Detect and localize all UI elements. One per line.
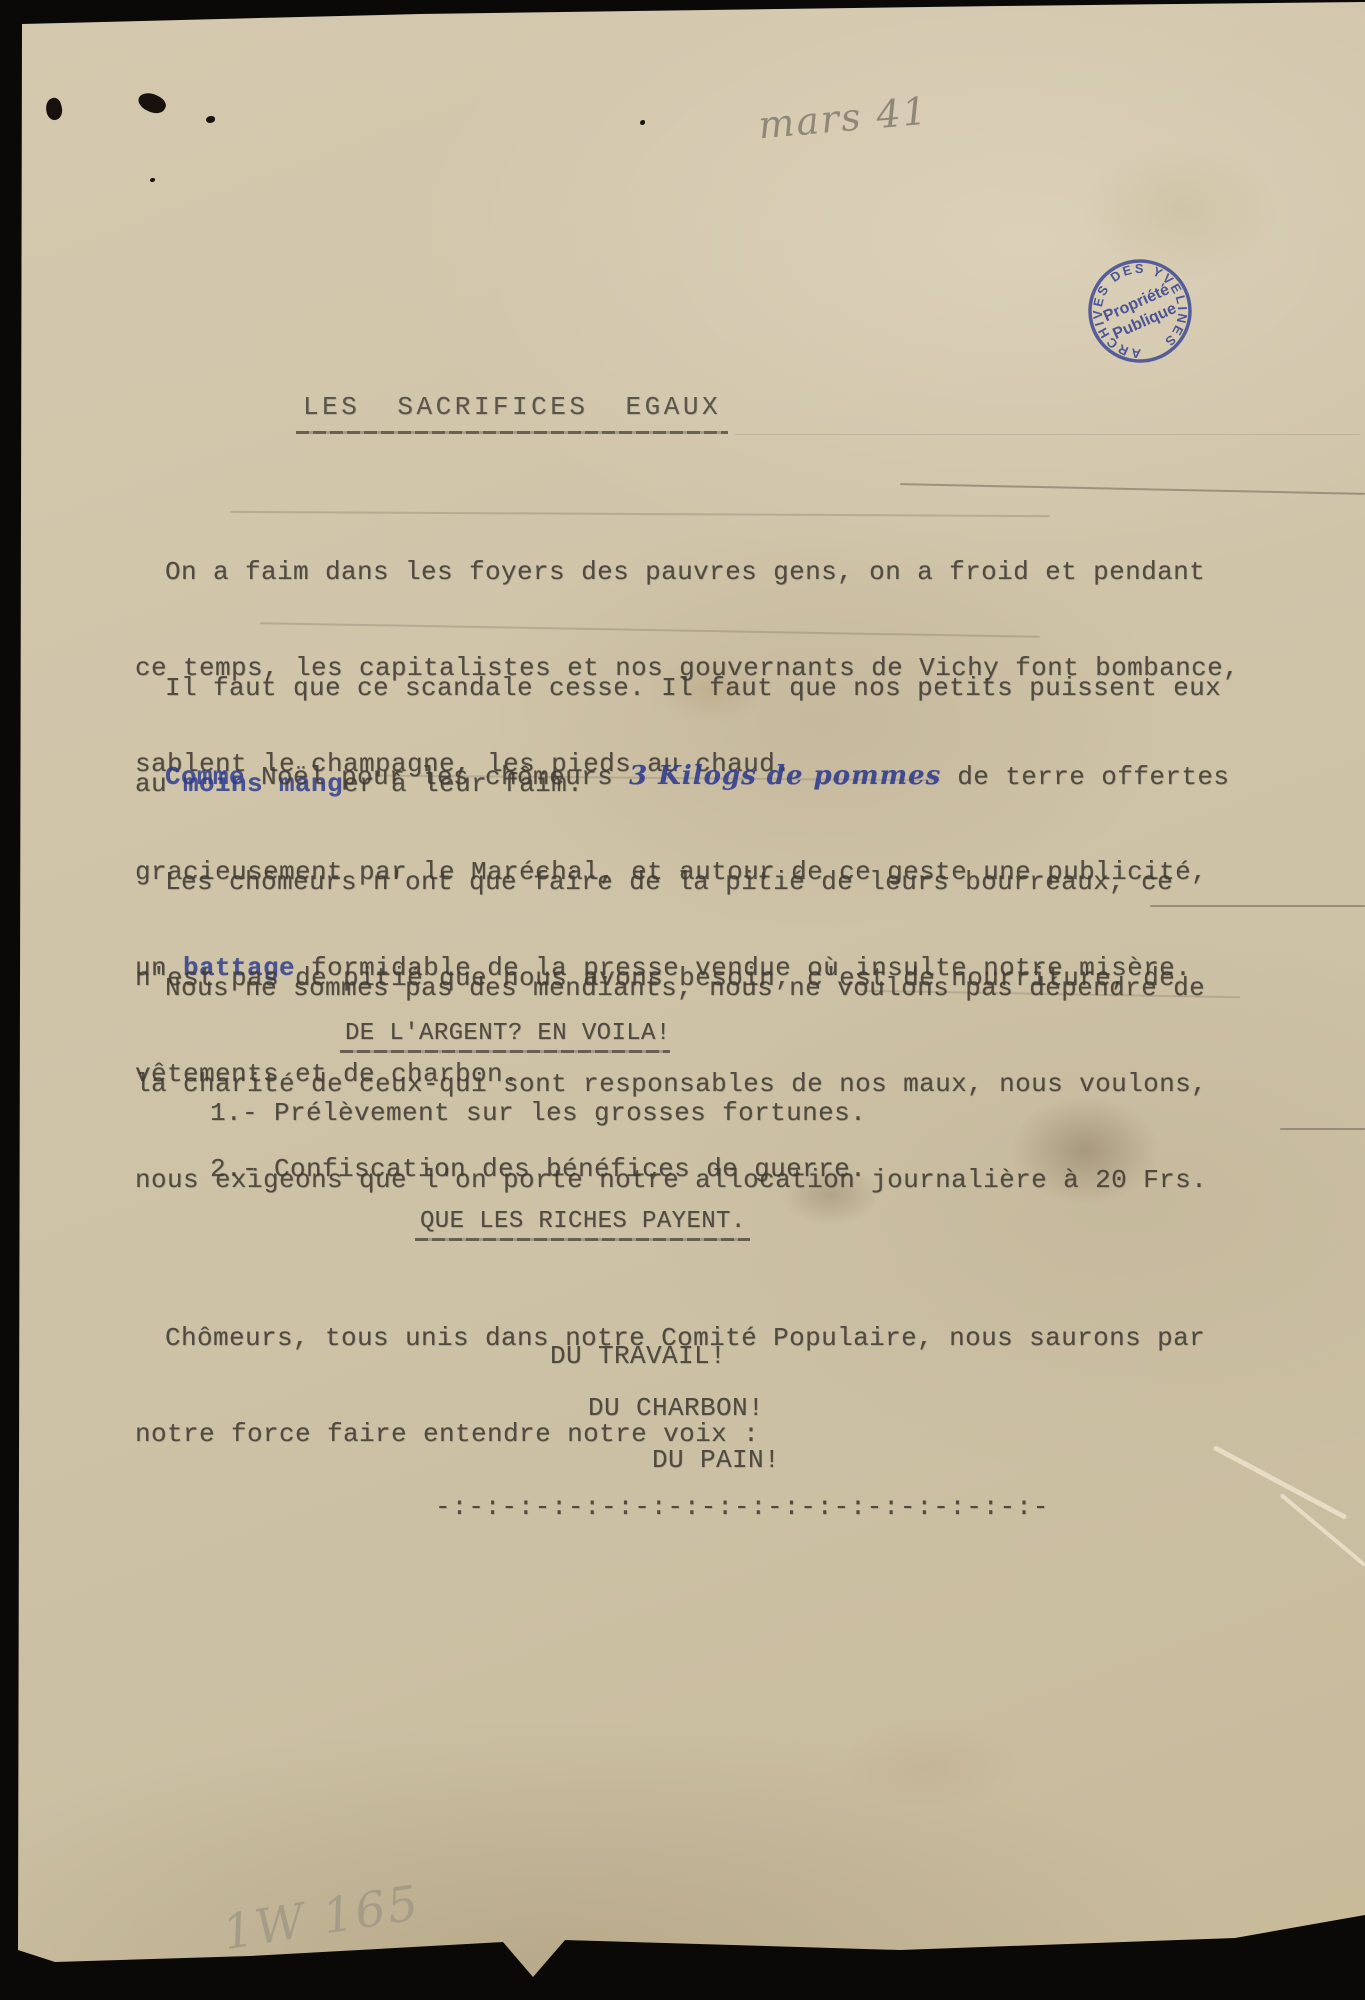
text-line: On a faim dans les foyers des pauvres ge…: [135, 554, 1239, 590]
text-line: Les chômeurs n'ont que faire de la pitié…: [135, 864, 1175, 900]
paragraph-5: Nous ne sommes pas des mendiants, nous n…: [135, 910, 1207, 1258]
dashed-separator: -:-:-:-:-:-:-:-:-:-:-:-:-:-:-:-:-:-:-: [435, 1492, 1049, 1522]
document-title: LES SACRIFICES EGAUX: [303, 392, 721, 422]
list-item-1: 1.- Prélèvement sur les grosses fortunes…: [210, 1098, 866, 1128]
paper-sheet: mars 41 ARCHIVES DES YVELINES Propriété …: [0, 0, 1365, 2000]
photo-background: { "annotations": { "date_note": "mars 41…: [0, 0, 1365, 2000]
stamp-graphic: ARCHIVES DES YVELINES Propriété Publique: [1064, 233, 1216, 389]
blue-ink-segment: Comme: [165, 762, 245, 792]
slogan-pain: DU PAIN!: [652, 1445, 780, 1475]
tear-mark: [1213, 1445, 1348, 1520]
handwritten-date-note: mars 41: [756, 89, 930, 148]
crease-line: [735, 434, 1360, 435]
list-item-2: 2.- Confiscation des bénéfices de guerre…: [210, 1154, 866, 1184]
slogan-travail: DU TRAVAIL!: [550, 1341, 726, 1371]
ink-speck: [150, 178, 155, 182]
ink-speck: [43, 96, 64, 121]
heading-underline: [340, 1050, 670, 1053]
ink-speck: [135, 88, 168, 117]
handwritten-kilos-note: 3 Kilogs de pommes: [629, 761, 941, 791]
handwritten-cote-note: 1W 165: [219, 1875, 424, 1961]
archive-stamp: ARCHIVES DES YVELINES Propriété Publique: [1064, 233, 1216, 389]
text-line: Comme Noël pour les chômeurs 3 Kilogs de…: [135, 758, 1229, 794]
heading-underline: [415, 1238, 750, 1241]
crease-line: [1280, 1128, 1365, 1130]
section-heading-riches: QUE LES RICHES PAYENT.: [420, 1208, 746, 1235]
ink-speck: [206, 116, 215, 123]
slogan-charbon: DU CHARBON!: [588, 1393, 764, 1423]
title-underline: [296, 431, 728, 434]
text-segment: de terre offertes: [941, 762, 1229, 792]
text-line: la charité de ceux-qui sont responsables…: [135, 1066, 1207, 1102]
text-segment: Noël pour les chômeurs: [245, 762, 629, 792]
stain: [840, 1720, 1020, 1810]
ink-speck: [640, 120, 645, 125]
section-heading-argent: DE L'ARGENT? EN VOILA!: [345, 1020, 671, 1047]
text-line: Nous ne sommes pas des mendiants, nous n…: [135, 970, 1207, 1006]
